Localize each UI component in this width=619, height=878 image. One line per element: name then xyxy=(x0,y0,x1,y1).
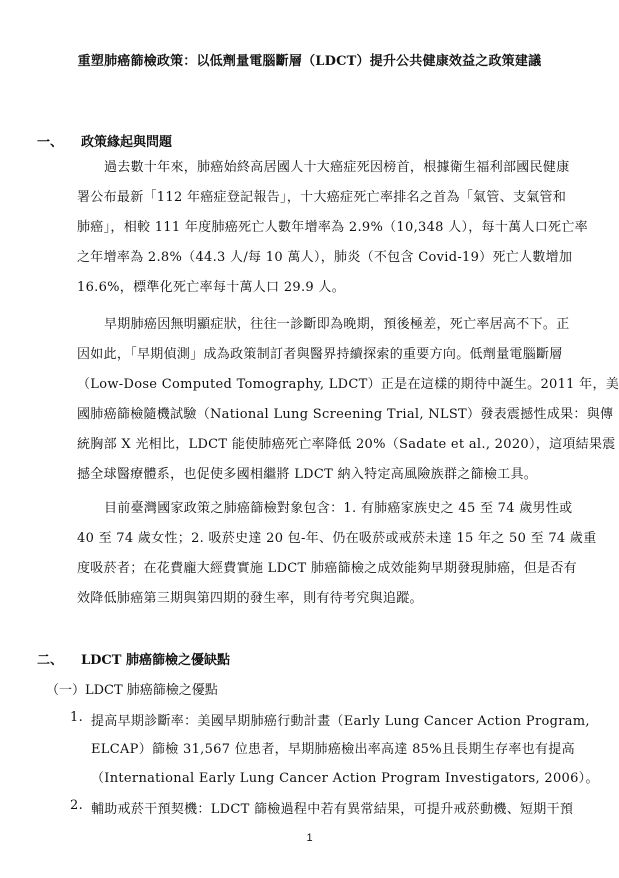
subsection-heading: （一）LDCT 肺癌篩檢之優點 xyxy=(46,679,218,698)
section-2-title: LDCT 肺癌篩檢之優缺點 xyxy=(81,653,230,668)
paragraph-line: 早期肺癌因無明顯症狀，往往一診斷即為晚期，預後極差，死亡率居高不下。正 xyxy=(104,313,570,332)
paragraph-line: （Low-Dose Computed Tomography, LDCT）正是在這… xyxy=(77,373,619,392)
list-item-line: （International Early Lung Cancer Action … xyxy=(91,767,599,786)
section-1-title: 政策緣起與問題 xyxy=(81,135,172,150)
list-item-line: 輔助戒菸干預契機：LDCT 篩檢過程中若有異常結果，可提升戒菸動機、短期干預 xyxy=(91,798,573,817)
paragraph-line: 目前臺灣國家政策之肺癌篩檢對象包含：1. 有肺癌家族史之 45 至 74 歲男性… xyxy=(104,497,572,516)
paragraph-line: 署公布最新「112 年癌症登記報告」，十大癌症死亡率排名之首為「氣管、支氣管和 xyxy=(77,186,566,205)
paragraph-line: 因如此，「早期偵測」成為政策制訂者與醫界持續探索的重要方向。低劑量電腦斷層 xyxy=(77,343,563,362)
list-item-number: 1. xyxy=(70,710,83,725)
paragraph-line: 效降低肺癌第三期與第四期的發生率，則有待考究與追蹤。 xyxy=(77,587,423,606)
paragraph-line: 16.6%，標準化死亡率每十萬人口 29.9 人。 xyxy=(77,276,345,295)
paragraph-line: 度吸菸者；在花費龐大經費實施 LDCT 肺癌篩檢之成效能夠早期發現肺癌，但是否有 xyxy=(77,557,577,576)
section-2-heading: 二、LDCT 肺癌篩檢之優缺點 xyxy=(37,649,230,668)
document-title: 重塑肺癌篩檢政策：以低劑量電腦斷層（LDCT）提升公共健康效益之政策建議 xyxy=(0,50,619,69)
paragraph-line: 之年增率為 2.8%（44.3 人/每 10 萬人），肺炎（不包含 Covid-… xyxy=(77,246,572,265)
paragraph-line: 肺癌」，相較 111 年度肺癌死亡人數年增率為 2.9%（10,348 人），每… xyxy=(77,216,588,235)
list-item-line: 提高早期診斷率：美國早期肺癌行動計畫（Early Lung Cancer Act… xyxy=(91,710,590,729)
document-page: 重塑肺癌篩檢政策：以低劑量電腦斷層（LDCT）提升公共健康效益之政策建議 一、政… xyxy=(0,0,619,878)
section-1-heading: 一、政策緣起與問題 xyxy=(37,131,172,150)
section-2-number: 二、 xyxy=(37,649,81,668)
list-item-number: 2. xyxy=(70,798,83,813)
paragraph-line: 過去數十年來，肺癌始終高居國人十大癌症死因榜首，根據衛生福利部國民健康 xyxy=(104,156,570,175)
page-number: 1 xyxy=(0,832,619,844)
paragraph-line: 統胸部 X 光相比，LDCT 能使肺癌死亡率降低 20%（Sadate et a… xyxy=(77,433,616,452)
section-1-number: 一、 xyxy=(37,131,81,150)
paragraph-line: 40 至 74 歲女性；2. 吸菸史達 20 包-年、仍在吸菸或戒菸未達 15 … xyxy=(77,527,597,546)
paragraph-line: 國肺癌篩檢隨機試驗（National Lung Screening Trial,… xyxy=(77,403,613,422)
list-item-line: ELCAP）篩檢 31,567 位患者，早期肺癌檢出率高達 85%且長期生存率也… xyxy=(91,738,575,757)
paragraph-line: 撼全球醫療體系，也促使多國相繼將 LDCT 納入特定高風險族群之篩檢工具。 xyxy=(77,463,537,482)
